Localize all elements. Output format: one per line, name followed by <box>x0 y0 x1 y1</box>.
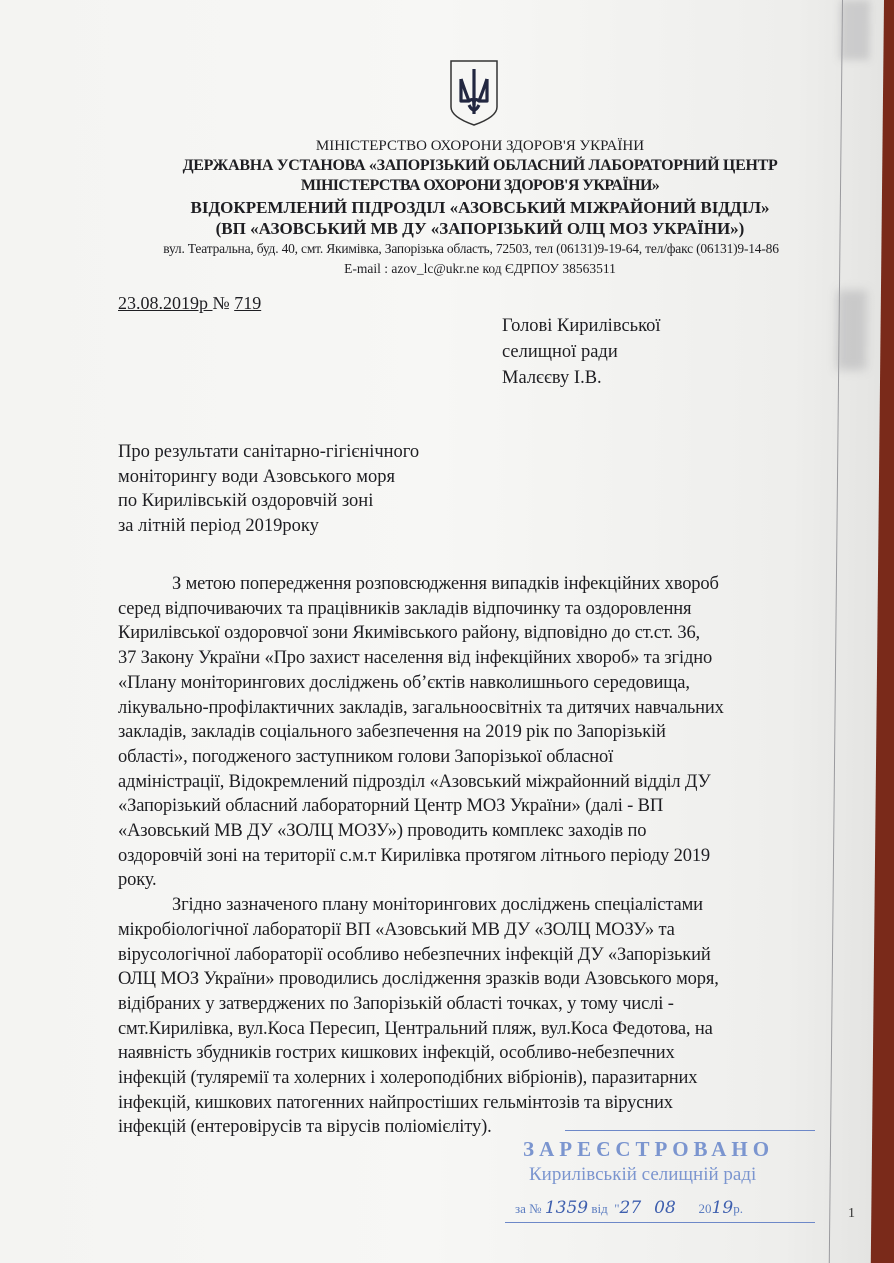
stamp-number-label: за № <box>515 1201 542 1216</box>
division-name-line1: ВІДОКРЕМЛЕНИЙ ПІДРОЗДІЛ «АЗОВСЬКИЙ МІЖРА… <box>110 198 850 218</box>
stamp-month-handwritten: 08 <box>654 1198 676 1218</box>
body-line: інфекцій, кишкових патогенних найпростіш… <box>118 1091 858 1116</box>
address-line: вул. Театральна, буд. 40, смт. Якимівка,… <box>96 241 846 257</box>
body-line: «Азовський МВ ДУ «ЗОЛЦ МОЗУ») проводить … <box>118 819 858 844</box>
body-line: області», погодженого заступником голови… <box>118 745 858 770</box>
subject-line: моніторингу води Азовського моря <box>118 465 419 490</box>
contact-line: E-mail : azov_lc@ukr.ne код ЄДРПОУ 38563… <box>110 261 850 277</box>
body-line: З метою попередження розповсюдження випа… <box>118 572 858 597</box>
body-line: мікробіологічної лабораторії ВП «Азовськ… <box>118 918 858 943</box>
body-line: інфекцій (туляремії та холерних і холеро… <box>118 1066 858 1091</box>
addressee-line: Голові Кирилівської <box>502 313 661 339</box>
body-line: лікувально-профілактичних закладів, зага… <box>118 696 858 721</box>
stamp-year-handwritten: 19 <box>712 1198 734 1218</box>
body-line: Згідно зазначеного плану моніторингових … <box>118 893 858 918</box>
trident-coat-of-arms-icon <box>447 57 501 129</box>
body-line: наявність збудників гострих кишкових інф… <box>118 1041 858 1066</box>
institution-name-line2: МІНІСТЕРСТВА ОХОРОНИ ЗДОРОВ'Я УКРАЇНИ» <box>110 177 850 195</box>
letter-body: З метою попередження розповсюдження випа… <box>118 572 858 1140</box>
body-line: вірусологічної лабораторії особливо небе… <box>118 943 858 968</box>
body-line: серед відпочиваючих та працівників закла… <box>118 597 858 622</box>
body-line: Кирилівської оздоровчої зони Якимівськог… <box>118 621 858 646</box>
body-line: ОЛЦ МОЗ України» проводились дослідження… <box>118 967 858 992</box>
stamp-border <box>565 1130 815 1131</box>
stamp-border <box>505 1222 815 1223</box>
body-line: відібраних у затверджених по Запорізькій… <box>118 992 858 1017</box>
addressee-block: Голові Кирилівської селищної ради Малєєв… <box>502 313 661 391</box>
document-reference: 23.08.2019р № 719 <box>118 293 261 314</box>
body-line: оздоровчій зоні на території с.м.т Кирил… <box>118 844 858 869</box>
document: МІНІСТЕРСТВО ОХОРОНИ ЗДОРОВ'Я УКРАЇНИ ДЕ… <box>0 0 894 1263</box>
document-date: 23.08.2019р <box>118 293 213 313</box>
addressee-line: селищної ради <box>502 339 661 365</box>
stamp-title: ЗАРЕЄСТРОВАНО <box>523 1137 774 1162</box>
stamp-registration-line: за № 1359 від "27 08 2019р. <box>515 1198 743 1218</box>
addressee-line: Малєєву І.В. <box>502 365 661 391</box>
body-line: «Запорізький обласний лабораторний Центр… <box>118 794 858 819</box>
body-line: адміністрації, Відокремлений підрозділ «… <box>118 770 858 795</box>
stamp-subtitle: Кирилівській селищній раді <box>529 1164 756 1186</box>
ministry-name: МІНІСТЕРСТВО ОХОРОНИ ЗДОРОВ'Я УКРАЇНИ <box>110 138 850 155</box>
body-line: смт.Кирилівка, вул.Коса Пересип, Централ… <box>118 1017 858 1042</box>
subject-line: за літній період 2019року <box>118 514 419 539</box>
stamp-year-prefix: 20 <box>699 1201 712 1216</box>
page-number: 1 <box>848 1206 855 1222</box>
stamp-number-handwritten: 1359 <box>545 1198 588 1218</box>
body-line: 37 Закону України «Про захист населення … <box>118 646 858 671</box>
institution-name-line1: ДЕРЖАВНА УСТАНОВА «ЗАПОРІЗЬКИЙ ОБЛАСНИЙ … <box>110 157 850 175</box>
body-line: року. <box>118 868 858 893</box>
division-name-line2: (ВП «АЗОВСЬКИЙ МВ ДУ «ЗАПОРІЗЬКИЙ ОЛЦ МО… <box>110 219 850 239</box>
body-line: закладів, закладів соціального забезпече… <box>118 720 858 745</box>
stamp-date-label: від <box>591 1201 607 1216</box>
stamp-year-end: р. <box>733 1201 743 1216</box>
registration-stamp: ЗАРЕЄСТРОВАНО Кирилівській селищній раді… <box>505 1130 827 1230</box>
document-number: 719 <box>234 293 261 313</box>
body-line: «Плану моніторингових досліджень об’єкті… <box>118 671 858 696</box>
subject-block: Про результати санітарно-гігієнічного мо… <box>118 440 419 538</box>
number-sign: № <box>213 293 235 313</box>
subject-line: по Кирилівській оздоровчій зоні <box>118 489 419 514</box>
stamp-day-handwritten: 27 <box>620 1198 642 1218</box>
subject-line: Про результати санітарно-гігієнічного <box>118 440 419 465</box>
